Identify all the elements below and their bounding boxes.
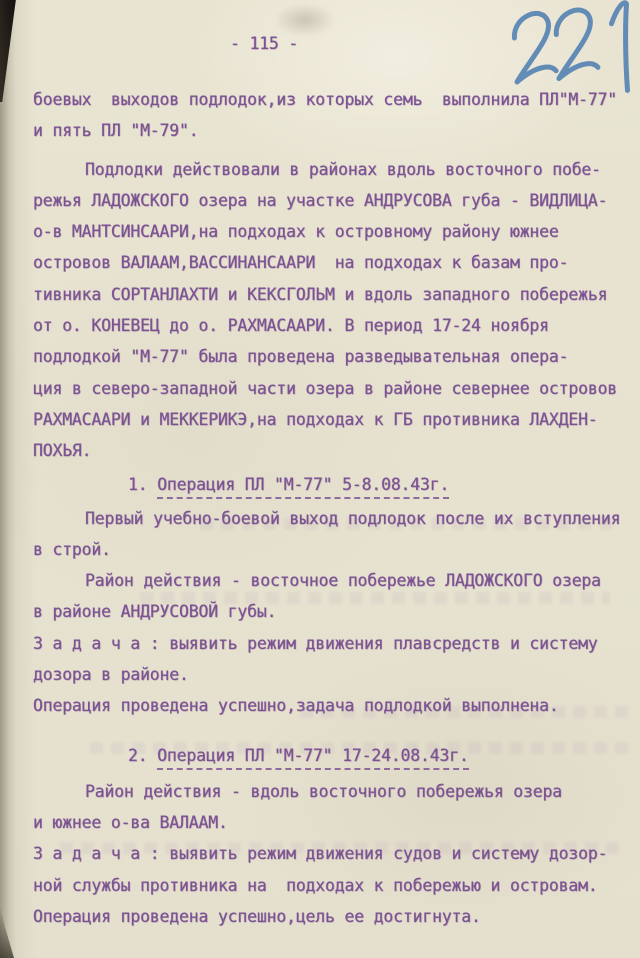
document-scan: - 115 - боевых выходов подлодок,из котор… <box>0 0 640 958</box>
body-line: дозора в районе. <box>33 659 635 690</box>
section-heading-title: Операция ПЛ "М-77" 17-24.08.43г. <box>157 746 468 770</box>
section-heading-title: Операция ПЛ "М-77" 5-8.08.43г. <box>157 475 449 499</box>
body-line: островов ВАЛААМ,ВАССИНАНСААРИ на подхода… <box>33 247 635 278</box>
body-line: З а д а ч а : выявить режим движения пла… <box>33 628 635 659</box>
body-line: тивника СОРТАНЛАХТИ и КЕКСГОЛЬМ и вдоль … <box>33 279 635 310</box>
body-line: в районе АНДРУСОВОЙ губы. <box>33 596 635 627</box>
section-heading-number: 2. <box>128 746 157 765</box>
section-1-text: Первый учебно-боевой выход подлодок посл… <box>33 503 635 722</box>
left-edge-shadow <box>0 0 16 958</box>
section-2-text: Район действия - вдоль восточного побере… <box>33 776 635 932</box>
page-number: - 115 - <box>230 34 298 53</box>
body-line: и южнее о-ва ВАЛААМ. <box>33 807 635 838</box>
section-2-heading: 2. Операция ПЛ "М-77" 17-24.08.43г. <box>128 744 635 768</box>
body-line: Операция проведена успешно,цель ее дости… <box>33 901 635 932</box>
body-line: Операция проведена успешно,задача подлод… <box>33 690 635 721</box>
body-line: Первый учебно-боевой выход подлодок посл… <box>33 503 635 534</box>
body-line: ПОХЬЯ. <box>33 435 635 466</box>
body-line: РАХМАСААРИ и МЕККЕРИКЭ,на подходах к ГБ … <box>33 404 635 435</box>
section-heading-number: 1. <box>128 475 157 494</box>
body-line: боевых выходов подлодок,из которых семь … <box>33 84 635 115</box>
typed-text-column: боевых выходов подлодок,из которых семь … <box>33 84 635 932</box>
body-line: ной службы противника на подходах к побе… <box>33 870 635 901</box>
body-line: Район действия - восточное побережье ЛАД… <box>33 565 635 596</box>
operations-summary-paragraph: Подлодки действовали в районах вдоль вос… <box>33 154 635 467</box>
body-line: о-в МАНТСИНСААРИ,на подходах к островном… <box>33 216 635 247</box>
body-line: от о. КОНЕВЕЦ до о. РАХМАСААРИ. В период… <box>33 310 635 341</box>
body-line: режья ЛАДОЖСКОГО озера на участке АНДРУС… <box>33 185 635 216</box>
body-line: Район действия - вдоль восточного побере… <box>33 776 635 807</box>
body-line: Подлодки действовали в районах вдоль вос… <box>33 154 635 185</box>
body-line: и пять ПЛ "М-79". <box>33 115 635 146</box>
body-line: в строй. <box>33 534 635 565</box>
body-line: подлодкой "М-77" была проведена разведыв… <box>33 341 635 372</box>
body-line: ция в северо-западной части озера в райо… <box>33 373 635 404</box>
body-line: З а д а ч а : выявить режим движения суд… <box>33 838 635 869</box>
section-1-heading: 1. Операция ПЛ "М-77" 5-8.08.43г. <box>128 473 635 497</box>
pencil-smudge <box>272 2 338 38</box>
